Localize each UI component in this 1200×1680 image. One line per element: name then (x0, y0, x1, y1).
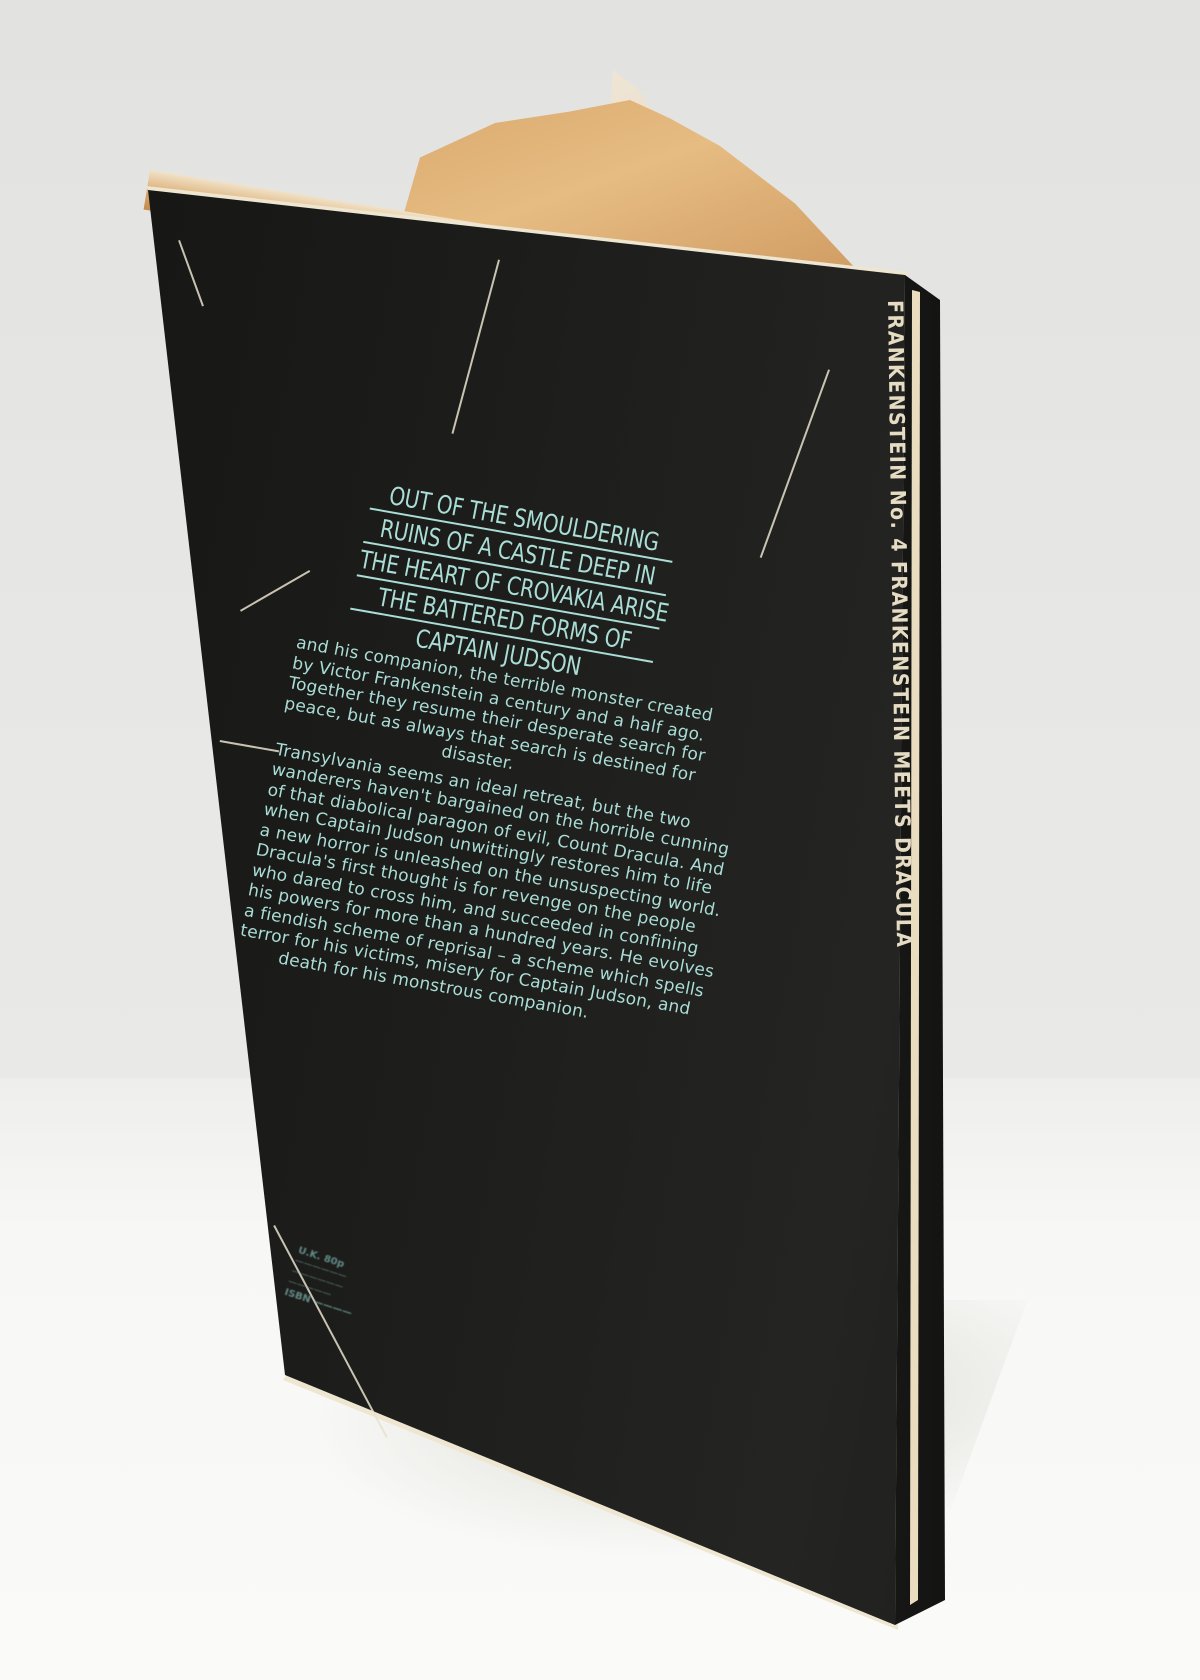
book: FRANKENSTEIN No. 4 FRANKENSTEIN MEETS DR… (0, 0, 1200, 1680)
